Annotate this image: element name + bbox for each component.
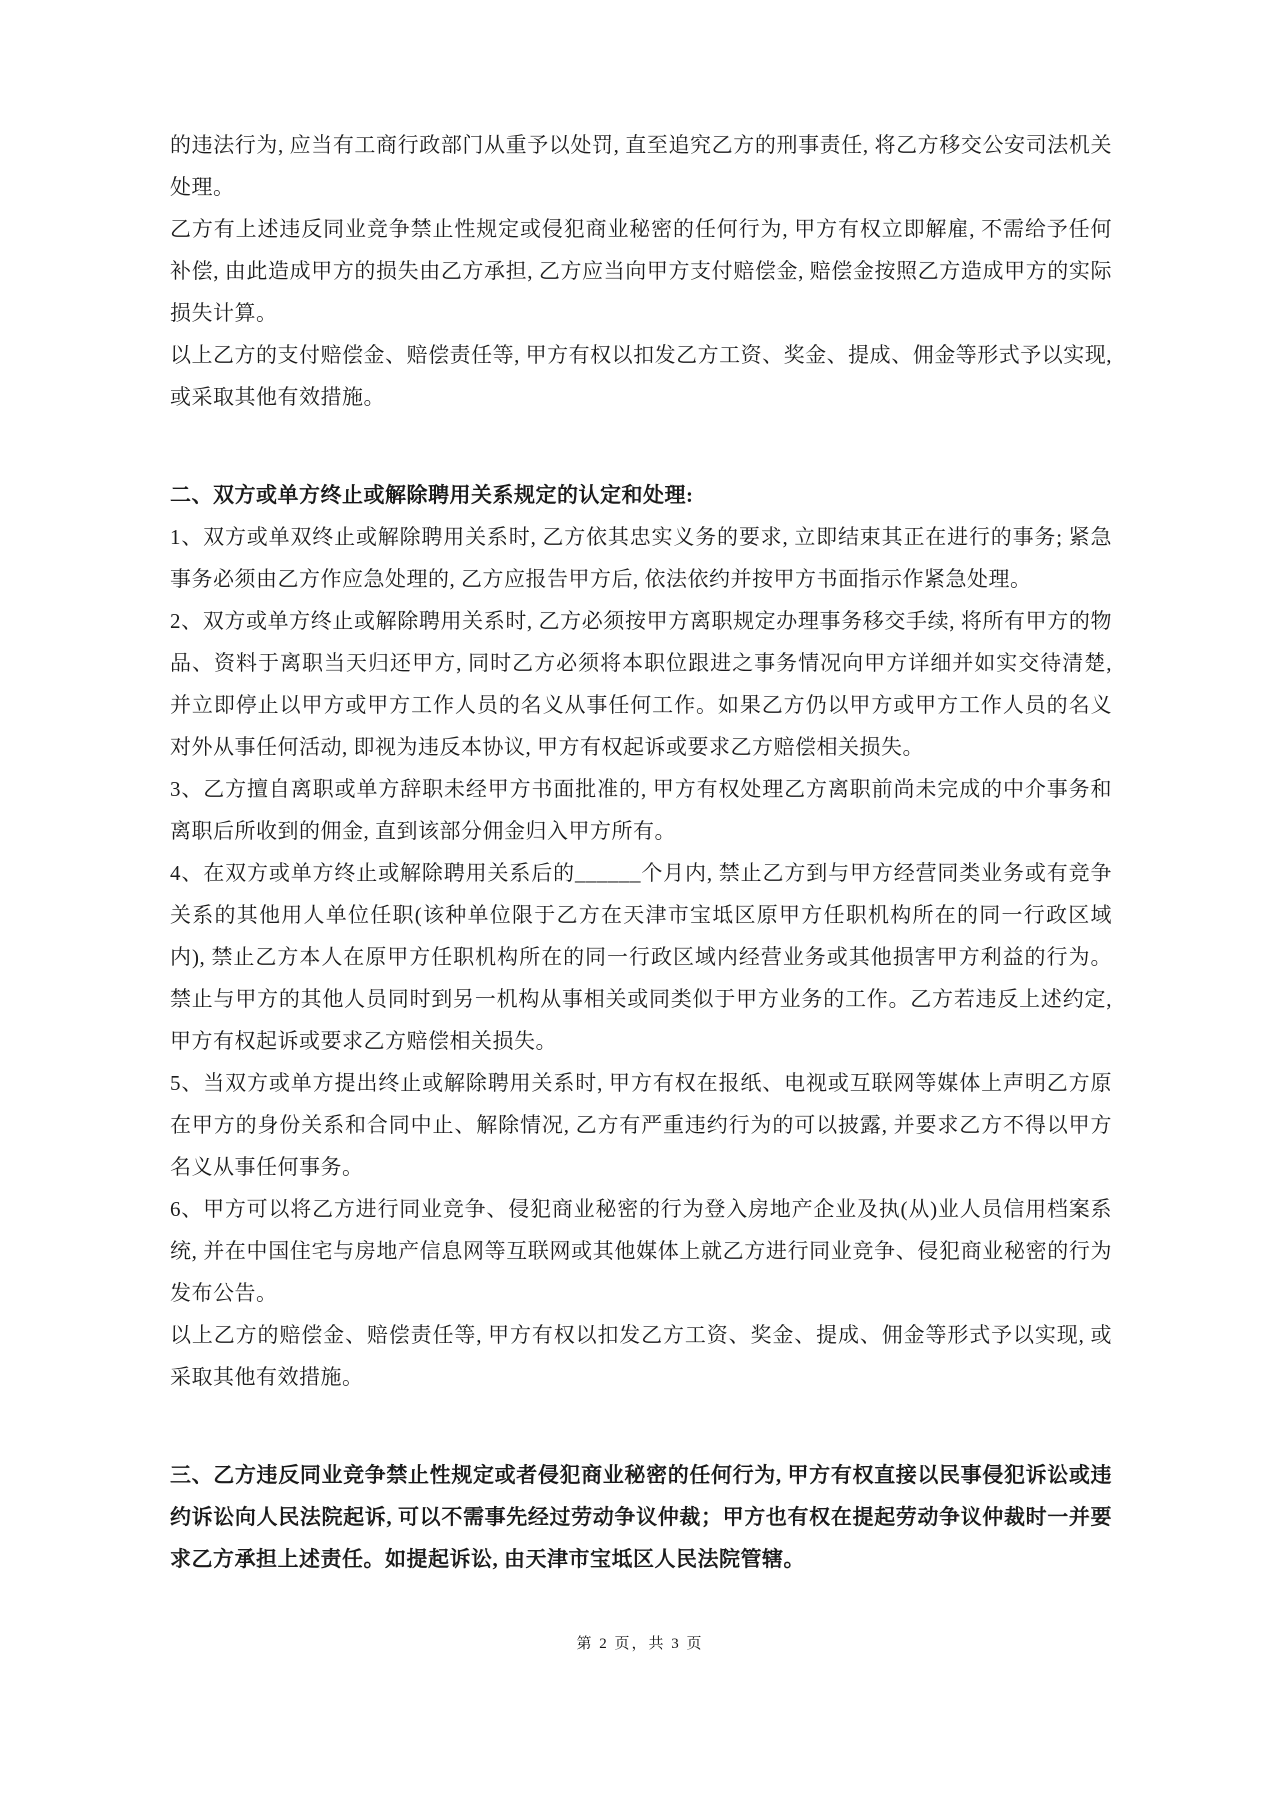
paragraph: 以上乙方的支付赔偿金、赔偿责任等, 甲方有权以扣发乙方工资、奖金、提成、佣金等形…: [170, 334, 1112, 418]
document-body: 的违法行为, 应当有工商行政部门从重予以处罚, 直至追究乙方的刑事责任, 将乙方…: [0, 0, 1280, 1580]
paragraph: 5、当双方或单方提出终止或解除聘用关系时, 甲方有权在报纸、电视或互联网等媒体上…: [170, 1062, 1112, 1188]
paragraph: 乙方有上述违反同业竞争禁止性规定或侵犯商业秘密的任何行为, 甲方有权立即解雇, …: [170, 208, 1112, 334]
paragraph: 1、双方或单双终止或解除聘用关系时, 乙方依其忠实义务的要求, 立即结束其正在进…: [170, 516, 1112, 600]
paragraph: 以上乙方的赔偿金、赔偿责任等, 甲方有权以扣发乙方工资、奖金、提成、佣金等形式予…: [170, 1314, 1112, 1398]
paragraph: 6、甲方可以将乙方进行同业竞争、侵犯商业秘密的行为登入房地产企业及执(从)业人员…: [170, 1188, 1112, 1314]
section-heading: 三、乙方违反同业竞争禁止性规定或者侵犯商业秘密的任何行为, 甲方有权直接以民事侵…: [170, 1454, 1112, 1580]
paragraph: 4、在双方或单方终止或解除聘用关系后的______个月内, 禁止乙方到与甲方经营…: [170, 852, 1112, 1062]
paragraph: 3、乙方擅自离职或单方辞职未经甲方书面批准的, 甲方有权处理乙方离职前尚未完成的…: [170, 768, 1112, 852]
page-number-footer: 第 2 页，共 3 页: [0, 1632, 1280, 1653]
paragraph: 2、双方或单方终止或解除聘用关系时, 乙方必须按甲方离职规定办理事务移交手续, …: [170, 600, 1112, 768]
document-page: 的违法行为, 应当有工商行政部门从重予以处罚, 直至追究乙方的刑事责任, 将乙方…: [0, 0, 1280, 1810]
section-heading: 二、双方或单方终止或解除聘用关系规定的认定和处理:: [170, 474, 1112, 516]
paragraph: 的违法行为, 应当有工商行政部门从重予以处罚, 直至追究乙方的刑事责任, 将乙方…: [170, 124, 1112, 208]
